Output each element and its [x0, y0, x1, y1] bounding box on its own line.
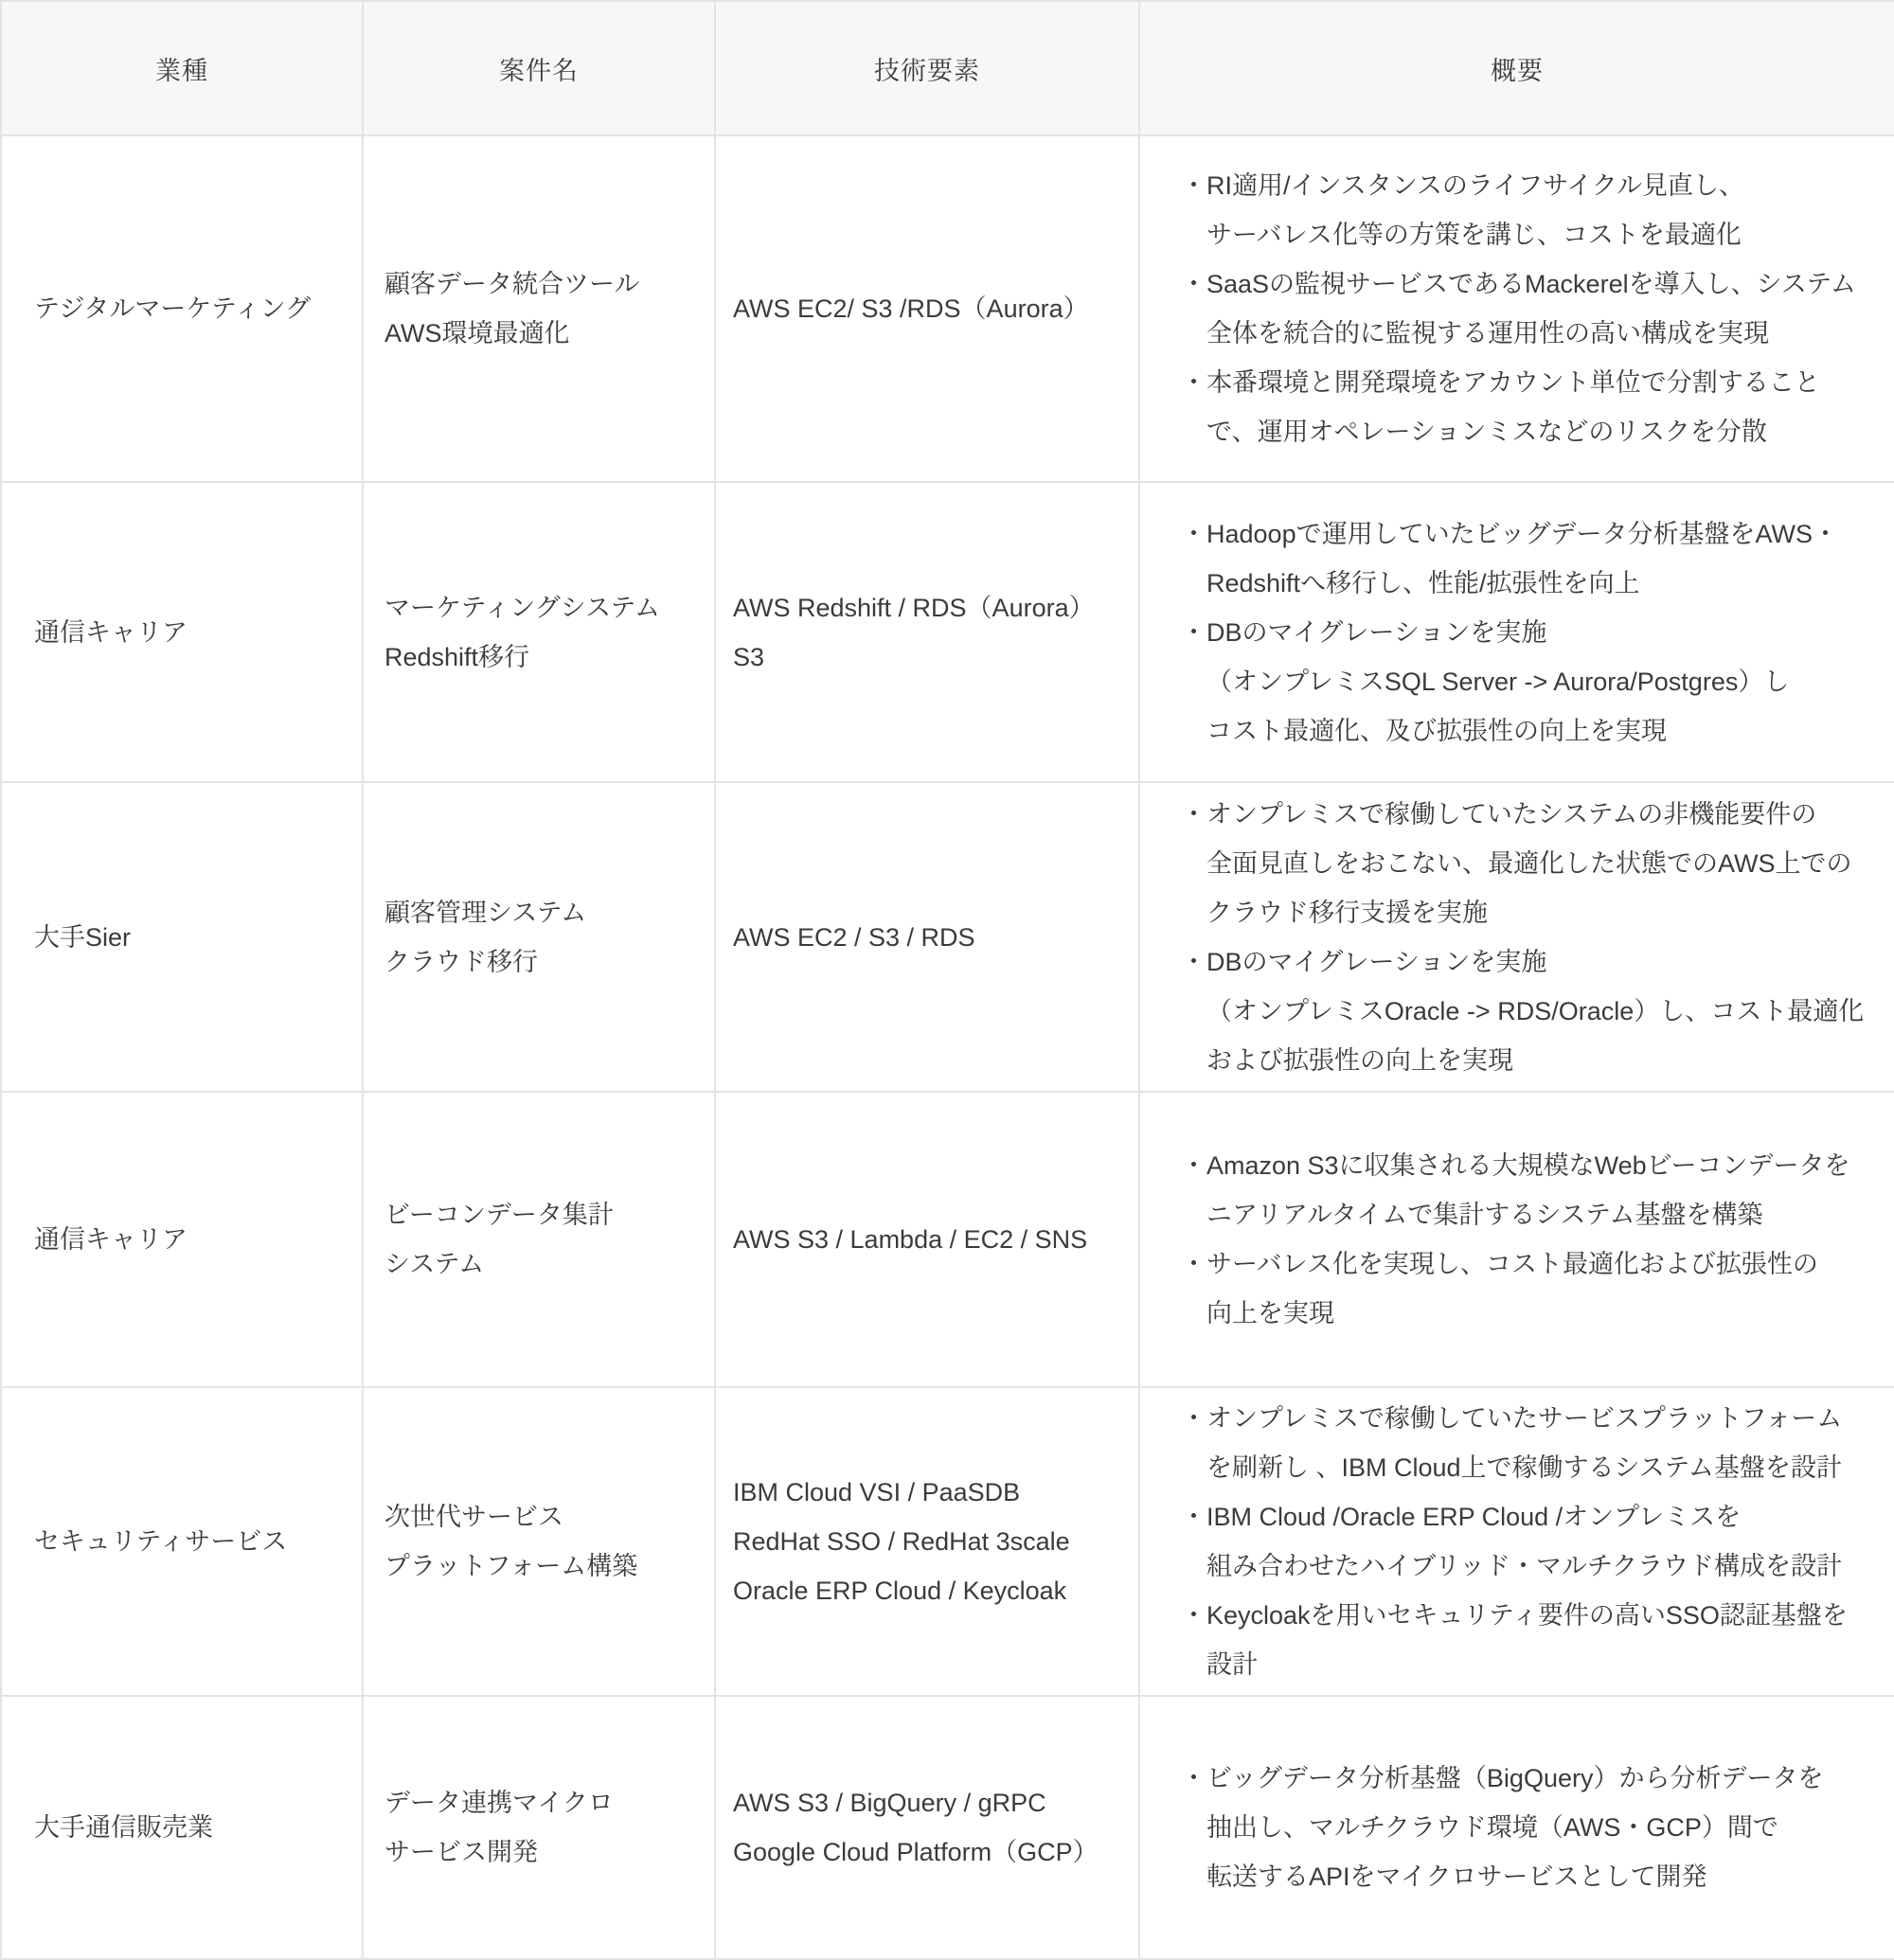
table-header-row: 業種 案件名 技術要素 概要: [1, 1, 1894, 135]
project-name-cell: 次世代サービス プラットフォーム構築: [363, 1387, 715, 1696]
column-header-tech: 技術要素: [715, 1, 1139, 135]
overview-bullet: 本番環境と開発環境をアカウント単位で分割すること で、運用オペレーションミスなど…: [1181, 358, 1871, 456]
overview-bullet: サーバレス化を実現し、コスト最適化および拡張性の 向上を実現: [1181, 1239, 1871, 1338]
tech-elements-text: AWS EC2 / S3 / RDS: [733, 913, 1125, 962]
case-row: セキュリティサービス 次世代サービス プラットフォーム構築 IBM Cloud …: [1, 1387, 1894, 1696]
project-name-cell: 顧客データ統合ツール AWS環境最適化: [363, 135, 715, 482]
case-row: 通信キャリア マーケティングシステム Redshift移行 AWS Redshi…: [1, 482, 1894, 782]
project-name-cell: マーケティングシステム Redshift移行: [363, 482, 715, 782]
case-row: 大手通信販売業 データ連携マイクロ サービス開発 AWS S3 / BigQue…: [1, 1696, 1894, 1959]
tech-elements-cell: AWS S3 / BigQuery / gRPC Google Cloud Pl…: [715, 1696, 1139, 1959]
project-name-text: 顧客データ統合ツール AWS環境最適化: [384, 259, 699, 358]
overview-bullet: IBM Cloud /Oracle ERP Cloud /オンプレミスを 組み合…: [1181, 1492, 1871, 1591]
overview-cell: ビッグデータ分析基盤（BigQuery）から分析データを 抽出し、マルチクラウド…: [1139, 1696, 1894, 1959]
project-name-cell: ビーコンデータ集計 システム: [363, 1092, 715, 1387]
industry-cell: セキュリティサービス: [1, 1387, 363, 1696]
overview-bullet: Keycloakを用いセキュリティ要件の高いSSO認証基盤を 設計: [1181, 1591, 1871, 1689]
industry-cell: 通信キャリア: [1, 482, 363, 782]
project-name-text: データ連携マイクロ サービス開発: [384, 1778, 699, 1877]
column-header-project: 案件名: [363, 1, 715, 135]
industry-cell: 大手通信販売業: [1, 1696, 363, 1959]
overview-bullet: オンプレミスで稼働していたシステムの非機能要件の 全面見直しをおこない、最適化し…: [1181, 790, 1871, 937]
overview-cell: Amazon S3に収集される大規模なWebビーコンデータを ニアリアルタイムで…: [1139, 1092, 1894, 1387]
overview-cell: RI適用/インスタンスのライフサイクル見直し、 サーバレス化等の方策を講じ、コス…: [1139, 135, 1894, 482]
case-row: 大手Sier 顧客管理システム クラウド移行 AWS EC2 / S3 / RD…: [1, 782, 1894, 1092]
overview-cell: オンプレミスで稼働していたサービスプラットフォーム を刷新し 、IBM Clou…: [1139, 1387, 1894, 1696]
overview-bullet: DBのマイグレーションを実施 （オンプレミスOracle -> RDS/Orac…: [1181, 937, 1871, 1085]
case-study-table: 業種 案件名 技術要素 概要 テジタルマーケティング 顧客データ統合ツール AW…: [0, 0, 1894, 1960]
industry-cell: テジタルマーケティング: [1, 135, 363, 482]
column-header-industry: 業種: [1, 1, 363, 135]
overview-bullet: Amazon S3に収集される大規模なWebビーコンデータを ニアリアルタイムで…: [1181, 1141, 1871, 1239]
project-name-cell: 顧客管理システム クラウド移行: [363, 782, 715, 1092]
tech-elements-cell: AWS EC2 / S3 / RDS: [715, 782, 1139, 1092]
industry-text: テジタルマーケティング: [34, 284, 347, 333]
tech-elements-cell: AWS S3 / Lambda / EC2 / SNS: [715, 1092, 1139, 1387]
tech-elements-cell: AWS EC2/ S3 /RDS（Aurora）: [715, 135, 1139, 482]
overview-bullet: DBのマイグレーションを実施 （オンプレミスSQL Server -> Auro…: [1181, 608, 1871, 756]
industry-cell: 大手Sier: [1, 782, 363, 1092]
project-name-text: 顧客管理システム クラウド移行: [384, 888, 699, 987]
overview-cell: Hadoopで運用していたビッグデータ分析基盤をAWS・ Redshiftへ移行…: [1139, 482, 1894, 782]
case-row: テジタルマーケティング 顧客データ統合ツール AWS環境最適化 AWS EC2/…: [1, 135, 1894, 482]
project-name-cell: データ連携マイクロ サービス開発: [363, 1696, 715, 1959]
project-name-text: マーケティングシステム Redshift移行: [384, 583, 699, 682]
industry-cell: 通信キャリア: [1, 1092, 363, 1387]
tech-elements-cell: IBM Cloud VSI / PaaSDB RedHat SSO / RedH…: [715, 1387, 1139, 1696]
tech-elements-text: AWS Redshift / RDS（Aurora）S3: [733, 583, 1125, 682]
case-row: 通信キャリア ビーコンデータ集計 システム AWS S3 / Lambda / …: [1, 1092, 1894, 1387]
tech-elements-text: AWS EC2/ S3 /RDS（Aurora）: [733, 284, 1125, 333]
overview-bullet: SaaSの監視サービスであるMackerelを導入し、システム 全体を統合的に監…: [1181, 259, 1871, 358]
column-header-overview: 概要: [1139, 1, 1894, 135]
tech-elements-text: IBM Cloud VSI / PaaSDB RedHat SSO / RedH…: [733, 1468, 1125, 1615]
project-name-text: ビーコンデータ集計 システム: [384, 1190, 699, 1289]
tech-elements-cell: AWS Redshift / RDS（Aurora）S3: [715, 482, 1139, 782]
industry-text: 通信キャリア: [34, 1215, 347, 1264]
overview-bullet: ビッグデータ分析基盤（BigQuery）から分析データを 抽出し、マルチクラウド…: [1181, 1754, 1871, 1901]
overview-cell: オンプレミスで稼働していたシステムの非機能要件の 全面見直しをおこない、最適化し…: [1139, 782, 1894, 1092]
overview-bullet: RI適用/インスタンスのライフサイクル見直し、 サーバレス化等の方策を講じ、コス…: [1181, 161, 1871, 259]
tech-elements-text: AWS S3 / BigQuery / gRPC Google Cloud Pl…: [733, 1778, 1125, 1877]
tech-elements-text: AWS S3 / Lambda / EC2 / SNS: [733, 1215, 1125, 1264]
industry-text: 大手通信販売業: [34, 1803, 347, 1852]
industry-text: 大手Sier: [34, 913, 347, 962]
project-name-text: 次世代サービス プラットフォーム構築: [384, 1492, 699, 1591]
industry-text: セキュリティサービス: [34, 1517, 347, 1566]
overview-bullet: オンプレミスで稼働していたサービスプラットフォーム を刷新し 、IBM Clou…: [1181, 1394, 1871, 1492]
overview-bullet: Hadoopで運用していたビッグデータ分析基盤をAWS・ Redshiftへ移行…: [1181, 509, 1871, 608]
industry-text: 通信キャリア: [34, 608, 347, 657]
